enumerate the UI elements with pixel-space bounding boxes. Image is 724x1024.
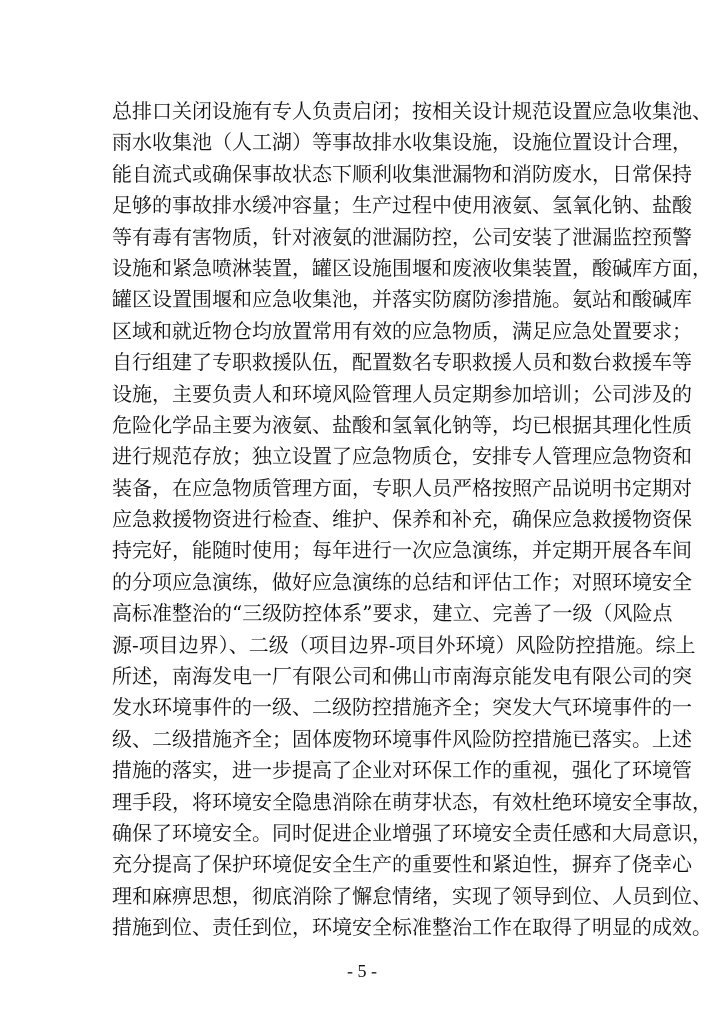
text-line: 自行组建了专职救援队伍，配置数名专职救援人员和数台救援车等 [112, 347, 616, 378]
text-line: 等有毒有害物质，针对液氨的泄漏防控，公司安装了泄漏监控预警 [112, 222, 616, 253]
text-line: 级、二级措施齐全；固体废物环境事件风险防控措施已落实。上述 [112, 724, 616, 755]
text-line: 足够的事故排水缓冲容量；生产过程中使用液氨、氢氧化钠、盐酸 [112, 190, 616, 221]
page-number: - 5 - [0, 961, 724, 982]
text-line: 发水环境事件的一级、二级防控措施齐全；突发大气环境事件的一 [112, 692, 616, 723]
text-line: 理手段，将环境安全隐患消除在萌芽状态，有效杜绝环境安全事故， [112, 787, 616, 818]
body-paragraph: 总排口关闭设施有专人负责启闭；按相关设计规范设置应急收集池、 雨水收集池（人工湖… [112, 96, 616, 944]
text-line: 雨水收集池（人工湖）等事故排水收集设施，设施位置设计合理， [112, 127, 616, 158]
text-line: 源-项目边界）、二级（项目边界-项目外环境）风险防控措施。综上 [112, 630, 616, 661]
text-line: 措施的落实，进一步提高了企业对环保工作的重视，强化了环境管 [112, 755, 616, 786]
text-line: 危险化学品主要为液氨、盐酸和氢氧化钠等，均已根据其理化性质 [112, 410, 616, 441]
text-line: 理和麻痹思想，彻底消除了懈怠情绪，实现了领导到位、人员到位、 [112, 881, 616, 912]
text-line: 所述，南海发电一厂有限公司和佛山市南海京能发电有限公司的突 [112, 661, 616, 692]
text-line: 装备，在应急物质管理方面，专职人员严格按照产品说明书定期对 [112, 473, 616, 504]
text-line: 持完好，能随时使用；每年进行一次应急演练，并定期开展各车间 [112, 535, 616, 566]
text-line: 设施，主要负责人和环境风险管理人员定期参加培训；公司涉及的 [112, 379, 616, 410]
text-line: 设施和紧急喷淋装置，罐区设施围堰和废液收集装置，酸碱库方面， [112, 253, 616, 284]
text-line: 区域和就近物仓均放置常用有效的应急物质，满足应急处置要求； [112, 316, 616, 347]
text-line: 确保了环境安全。同时促进企业增强了环境安全责任感和大局意识， [112, 818, 616, 849]
document-page: 总排口关闭设施有专人负责启闭；按相关设计规范设置应急收集池、 雨水收集池（人工湖… [0, 0, 724, 1024]
text-line: 应急救援物资进行检查、维护、保养和补充，确保应急救援物资保 [112, 504, 616, 535]
text-line: 措施到位、责任到位，环境安全标准整治工作在取得了明显的成效。 [112, 912, 616, 943]
text-line: 高标准整治的“三级防控体系”要求，建立、完善了一级（风险点 [112, 598, 616, 629]
text-line: 能自流式或确保事故状态下顺利收集泄漏物和消防废水，日常保持 [112, 159, 616, 190]
text-line: 罐区设置围堰和应急收集池，并落实防腐防渗措施。氨站和酸碱库 [112, 284, 616, 315]
text-line: 总排口关闭设施有专人负责启闭；按相关设计规范设置应急收集池、 [112, 96, 616, 127]
text-line: 充分提高了保护环境促安全生产的重要性和紧迫性，摒弃了侥幸心 [112, 849, 616, 880]
text-line: 的分项应急演练，做好应急演练的总结和评估工作；对照环境安全 [112, 567, 616, 598]
text-line: 进行规范存放；独立设置了应急物质仓，安排专人管理应急物资和 [112, 441, 616, 472]
